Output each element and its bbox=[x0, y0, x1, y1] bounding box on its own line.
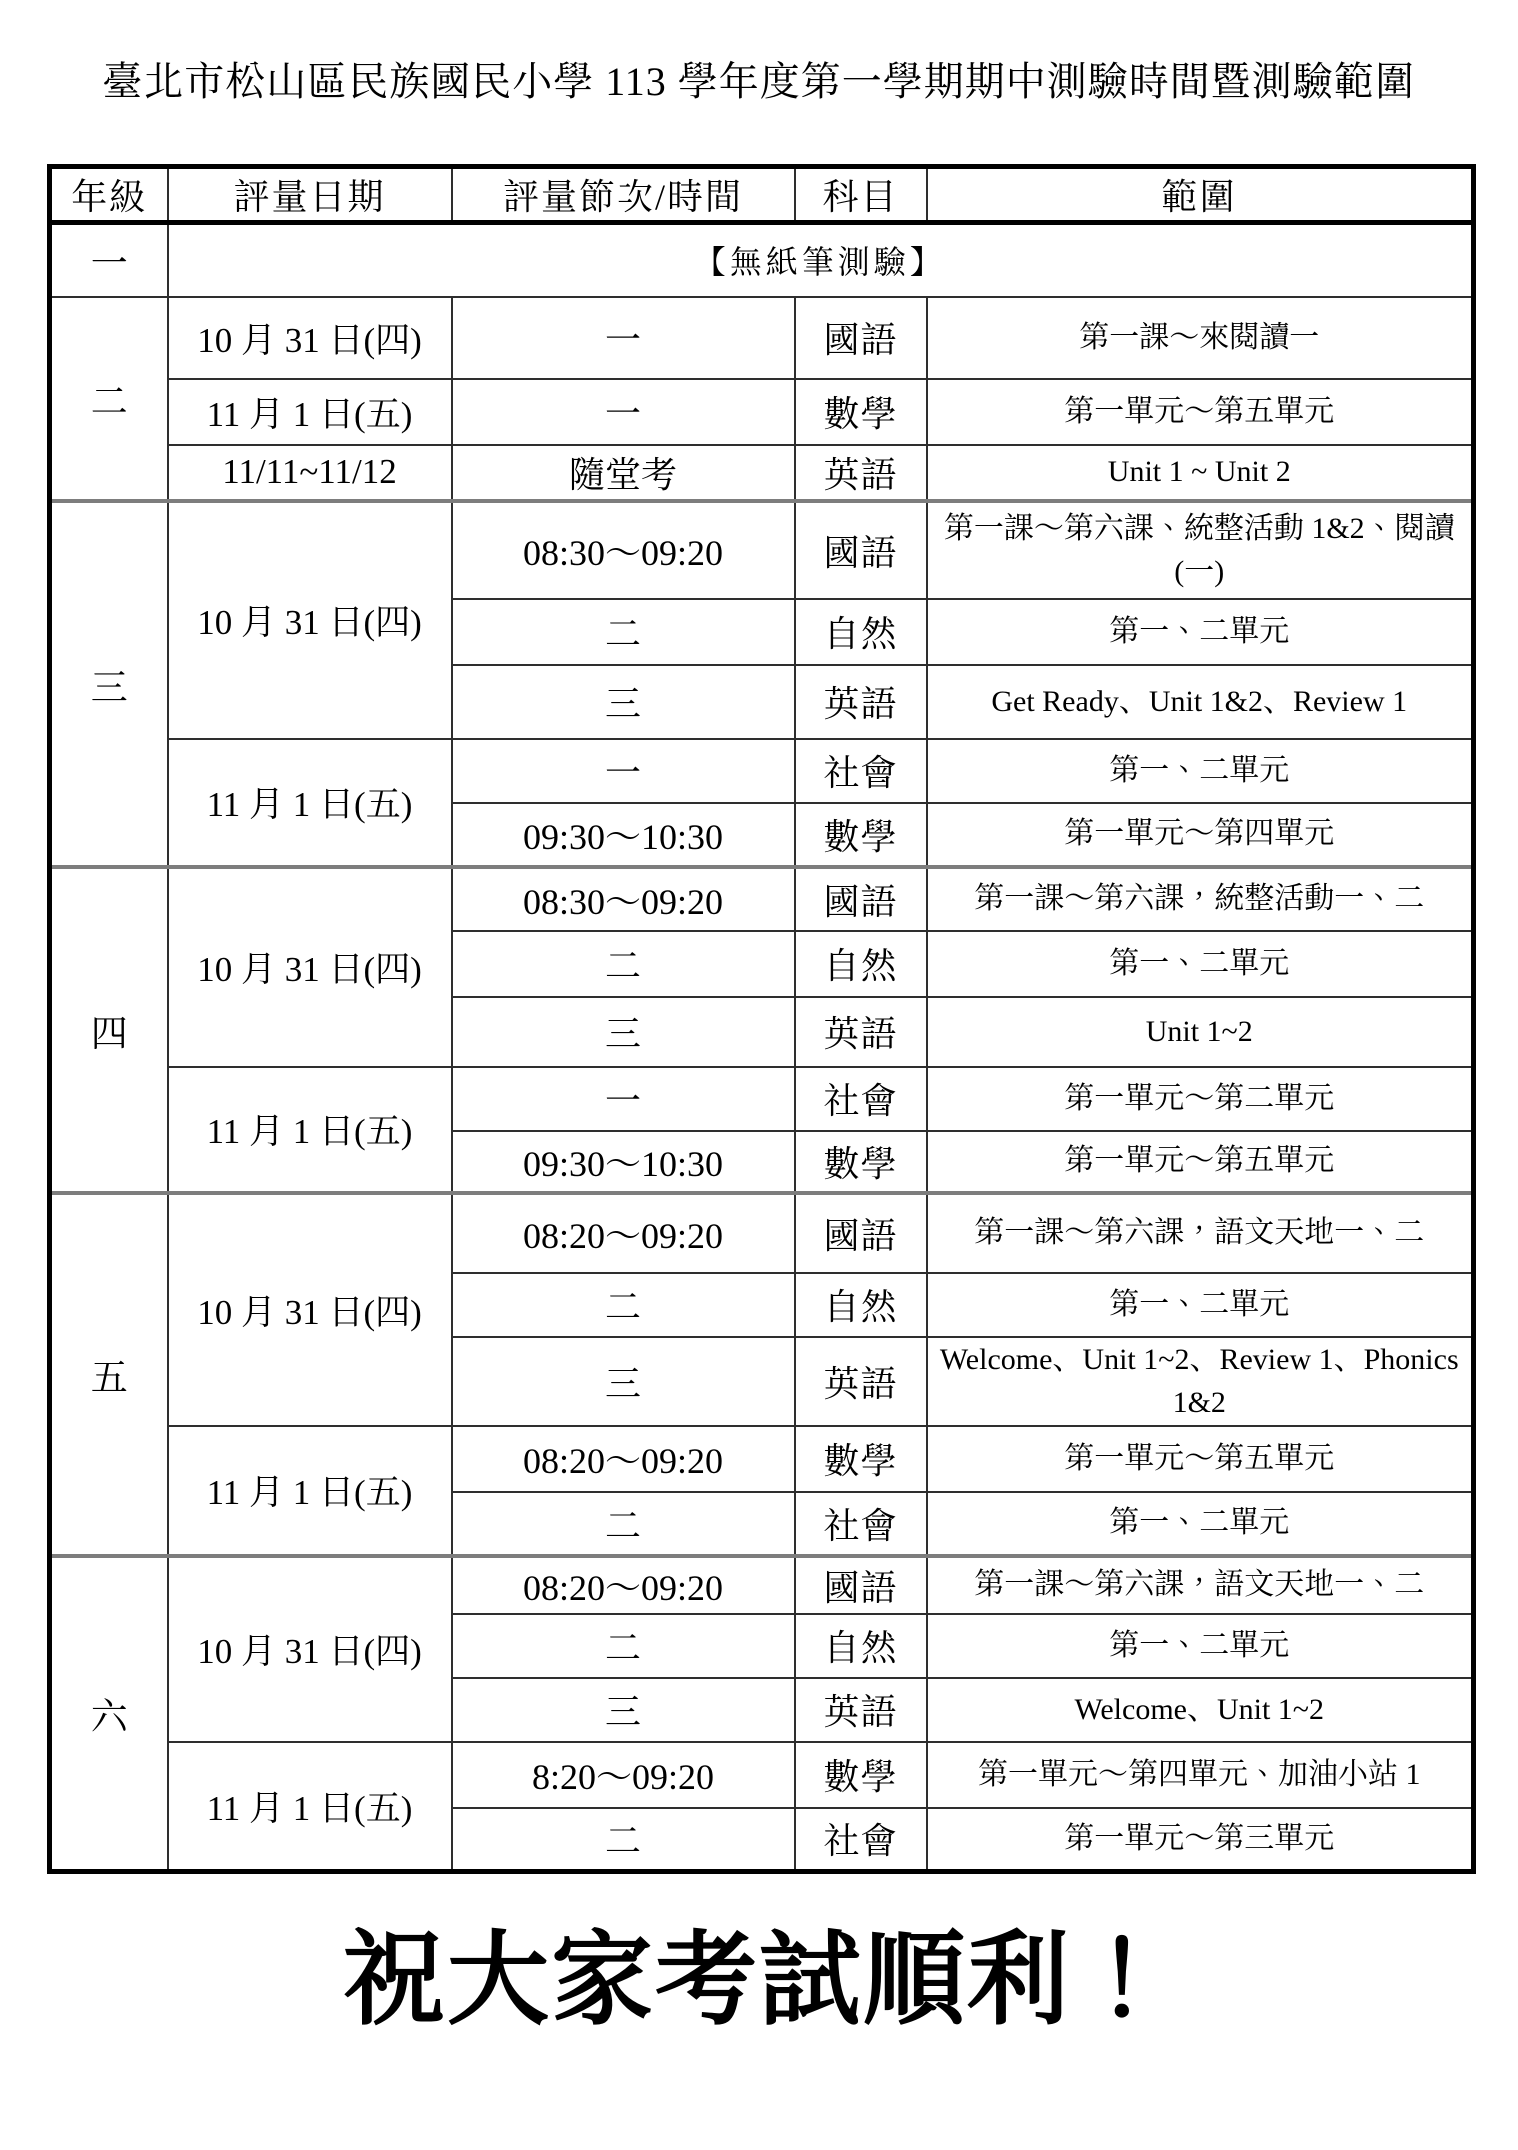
subject-cell: 自然 bbox=[795, 1273, 927, 1337]
scope-cell: 第一、二單元 bbox=[927, 599, 1474, 665]
table-row: 11/11~11/12 隨堂考 英語 Unit 1 ~ Unit 2 bbox=[50, 445, 1474, 501]
blessing-text: 祝大家考試順利！ bbox=[47, 1920, 1471, 2042]
table-row: 11 月 1 日(五) 一 數學 第一單元～第五單元 bbox=[50, 379, 1474, 445]
date-cell: 11 月 1 日(五) bbox=[168, 1067, 452, 1193]
grade-cell: 二 bbox=[50, 297, 168, 501]
period-cell: 三 bbox=[452, 1678, 795, 1742]
subject-cell: 國語 bbox=[795, 1556, 927, 1614]
subject-cell: 社會 bbox=[795, 1067, 927, 1131]
table-row: 11 月 1 日(五) 一 社會 第一、二單元 bbox=[50, 739, 1474, 803]
period-cell: 隨堂考 bbox=[452, 445, 795, 501]
grade-cell: 一 bbox=[50, 223, 168, 297]
grade-cell: 五 bbox=[50, 1193, 168, 1556]
table-row: 11 月 1 日(五) 一 社會 第一單元～第二單元 bbox=[50, 1067, 1474, 1131]
period-cell: 二 bbox=[452, 1808, 795, 1872]
no-paper-test-note: 【無紙筆測驗】 bbox=[168, 223, 1474, 297]
subject-cell: 社會 bbox=[795, 1492, 927, 1556]
period-cell: 一 bbox=[452, 1067, 795, 1131]
scope-cell: 第一課～來閱讀一 bbox=[927, 297, 1474, 379]
subject-cell: 數學 bbox=[795, 1426, 927, 1492]
subject-cell: 國語 bbox=[795, 1193, 927, 1273]
grade-cell: 三 bbox=[50, 501, 168, 867]
col-header-date: 評量日期 bbox=[168, 167, 452, 223]
date-cell: 11 月 1 日(五) bbox=[168, 379, 452, 445]
date-cell: 10 月 31 日(四) bbox=[168, 867, 452, 1067]
exam-schedule-table: 年級 評量日期 評量節次/時間 科目 範圍 一 【無紙筆測驗】 二 10 月 3… bbox=[47, 164, 1476, 1874]
period-cell: 09:30～10:30 bbox=[452, 803, 795, 867]
table-row: 三 10 月 31 日(四) 08:30～09:20 國語 第一課～第六課、統整… bbox=[50, 501, 1474, 599]
subject-cell: 英語 bbox=[795, 1337, 927, 1426]
period-cell: 二 bbox=[452, 1614, 795, 1678]
period-cell: 08:20～09:20 bbox=[452, 1426, 795, 1492]
table-row: 二 10 月 31 日(四) 一 國語 第一課～來閱讀一 bbox=[50, 297, 1474, 379]
scope-cell: 第一課～第六課，語文天地一、二 bbox=[927, 1193, 1474, 1273]
scope-cell: 第一單元～第三單元 bbox=[927, 1808, 1474, 1872]
period-cell: 08:30～09:20 bbox=[452, 867, 795, 931]
scope-cell: Unit 1 ~ Unit 2 bbox=[927, 445, 1474, 501]
table-row: 五 10 月 31 日(四) 08:20～09:20 國語 第一課～第六課，語文… bbox=[50, 1193, 1474, 1273]
subject-cell: 社會 bbox=[795, 1808, 927, 1872]
scope-cell: 第一單元～第五單元 bbox=[927, 1426, 1474, 1492]
date-cell: 11 月 1 日(五) bbox=[168, 1742, 452, 1872]
scope-cell: 第一單元～第二單元 bbox=[927, 1067, 1474, 1131]
scope-cell: Get Ready、Unit 1&2、Review 1 bbox=[927, 665, 1474, 739]
date-cell: 10 月 31 日(四) bbox=[168, 1556, 452, 1742]
scope-cell: 第一、二單元 bbox=[927, 1273, 1474, 1337]
period-cell: 一 bbox=[452, 297, 795, 379]
scope-cell: 第一單元～第四單元、加油小站 1 bbox=[927, 1742, 1474, 1808]
scope-cell: Unit 1~2 bbox=[927, 997, 1474, 1067]
period-cell: 08:20～09:20 bbox=[452, 1556, 795, 1614]
period-cell: 三 bbox=[452, 1337, 795, 1426]
period-cell: 二 bbox=[452, 1273, 795, 1337]
subject-cell: 數學 bbox=[795, 379, 927, 445]
scope-cell: 第一、二單元 bbox=[927, 1614, 1474, 1678]
table-row: 11 月 1 日(五) 08:20～09:20 數學 第一單元～第五單元 bbox=[50, 1426, 1474, 1492]
subject-cell: 英語 bbox=[795, 997, 927, 1067]
scope-cell: Welcome、Unit 1~2 bbox=[927, 1678, 1474, 1742]
grade-cell: 四 bbox=[50, 867, 168, 1193]
col-header-scope: 範圍 bbox=[927, 167, 1474, 223]
scope-cell: 第一課～第六課，語文天地一、二 bbox=[927, 1556, 1474, 1614]
scope-cell: 第一課～第六課，統整活動一、二 bbox=[927, 867, 1474, 931]
scope-cell: 第一、二單元 bbox=[927, 1492, 1474, 1556]
grade-cell: 六 bbox=[50, 1556, 168, 1872]
period-cell: 一 bbox=[452, 379, 795, 445]
period-cell: 08:20～09:20 bbox=[452, 1193, 795, 1273]
date-cell: 10 月 31 日(四) bbox=[168, 297, 452, 379]
col-header-grade: 年級 bbox=[50, 167, 168, 223]
header-row: 年級 評量日期 評量節次/時間 科目 範圍 bbox=[50, 167, 1474, 223]
table-row: 六 10 月 31 日(四) 08:20～09:20 國語 第一課～第六課，語文… bbox=[50, 1556, 1474, 1614]
period-cell: 二 bbox=[452, 599, 795, 665]
scope-cell: 第一課～第六課、統整活動 1&2、閱讀(一) bbox=[927, 501, 1474, 599]
subject-cell: 英語 bbox=[795, 665, 927, 739]
table-row: 11 月 1 日(五) 8:20～09:20 數學 第一單元～第四單元、加油小站… bbox=[50, 1742, 1474, 1808]
subject-cell: 英語 bbox=[795, 445, 927, 501]
page-title: 臺北市松山區民族國民小學 113 學年度第一學期期中測驗時間暨測驗範圍 bbox=[47, 58, 1471, 106]
subject-cell: 自然 bbox=[795, 931, 927, 997]
period-cell: 08:30～09:20 bbox=[452, 501, 795, 599]
subject-cell: 英語 bbox=[795, 1678, 927, 1742]
period-cell: 二 bbox=[452, 1492, 795, 1556]
date-cell: 10 月 31 日(四) bbox=[168, 501, 452, 739]
subject-cell: 自然 bbox=[795, 599, 927, 665]
table-row: 四 10 月 31 日(四) 08:30～09:20 國語 第一課～第六課，統整… bbox=[50, 867, 1474, 931]
date-cell: 10 月 31 日(四) bbox=[168, 1193, 452, 1426]
period-cell: 二 bbox=[452, 931, 795, 997]
subject-cell: 社會 bbox=[795, 739, 927, 803]
scope-cell: 第一單元～第五單元 bbox=[927, 1131, 1474, 1193]
subject-cell: 數學 bbox=[795, 803, 927, 867]
subject-cell: 國語 bbox=[795, 297, 927, 379]
date-cell: 11 月 1 日(五) bbox=[168, 1426, 452, 1556]
date-cell: 11/11~11/12 bbox=[168, 445, 452, 501]
scope-cell: 第一、二單元 bbox=[927, 931, 1474, 997]
subject-cell: 自然 bbox=[795, 1614, 927, 1678]
scope-cell: Welcome、Unit 1~2、Review 1、Phonics 1&2 bbox=[927, 1337, 1474, 1426]
col-header-subject: 科目 bbox=[795, 167, 927, 223]
period-cell: 8:20～09:20 bbox=[452, 1742, 795, 1808]
date-cell: 11 月 1 日(五) bbox=[168, 739, 452, 867]
period-cell: 三 bbox=[452, 665, 795, 739]
document-page: 臺北市松山區民族國民小學 113 學年度第一學期期中測驗時間暨測驗範圍 年級 評… bbox=[47, 0, 1471, 2042]
table-row: 一 【無紙筆測驗】 bbox=[50, 223, 1474, 297]
subject-cell: 國語 bbox=[795, 501, 927, 599]
col-header-period: 評量節次/時間 bbox=[452, 167, 795, 223]
subject-cell: 數學 bbox=[795, 1131, 927, 1193]
scope-cell: 第一、二單元 bbox=[927, 739, 1474, 803]
period-cell: 09:30～10:30 bbox=[452, 1131, 795, 1193]
subject-cell: 國語 bbox=[795, 867, 927, 931]
period-cell: 一 bbox=[452, 739, 795, 803]
subject-cell: 數學 bbox=[795, 1742, 927, 1808]
scope-cell: 第一單元～第四單元 bbox=[927, 803, 1474, 867]
scope-cell: 第一單元～第五單元 bbox=[927, 379, 1474, 445]
period-cell: 三 bbox=[452, 997, 795, 1067]
